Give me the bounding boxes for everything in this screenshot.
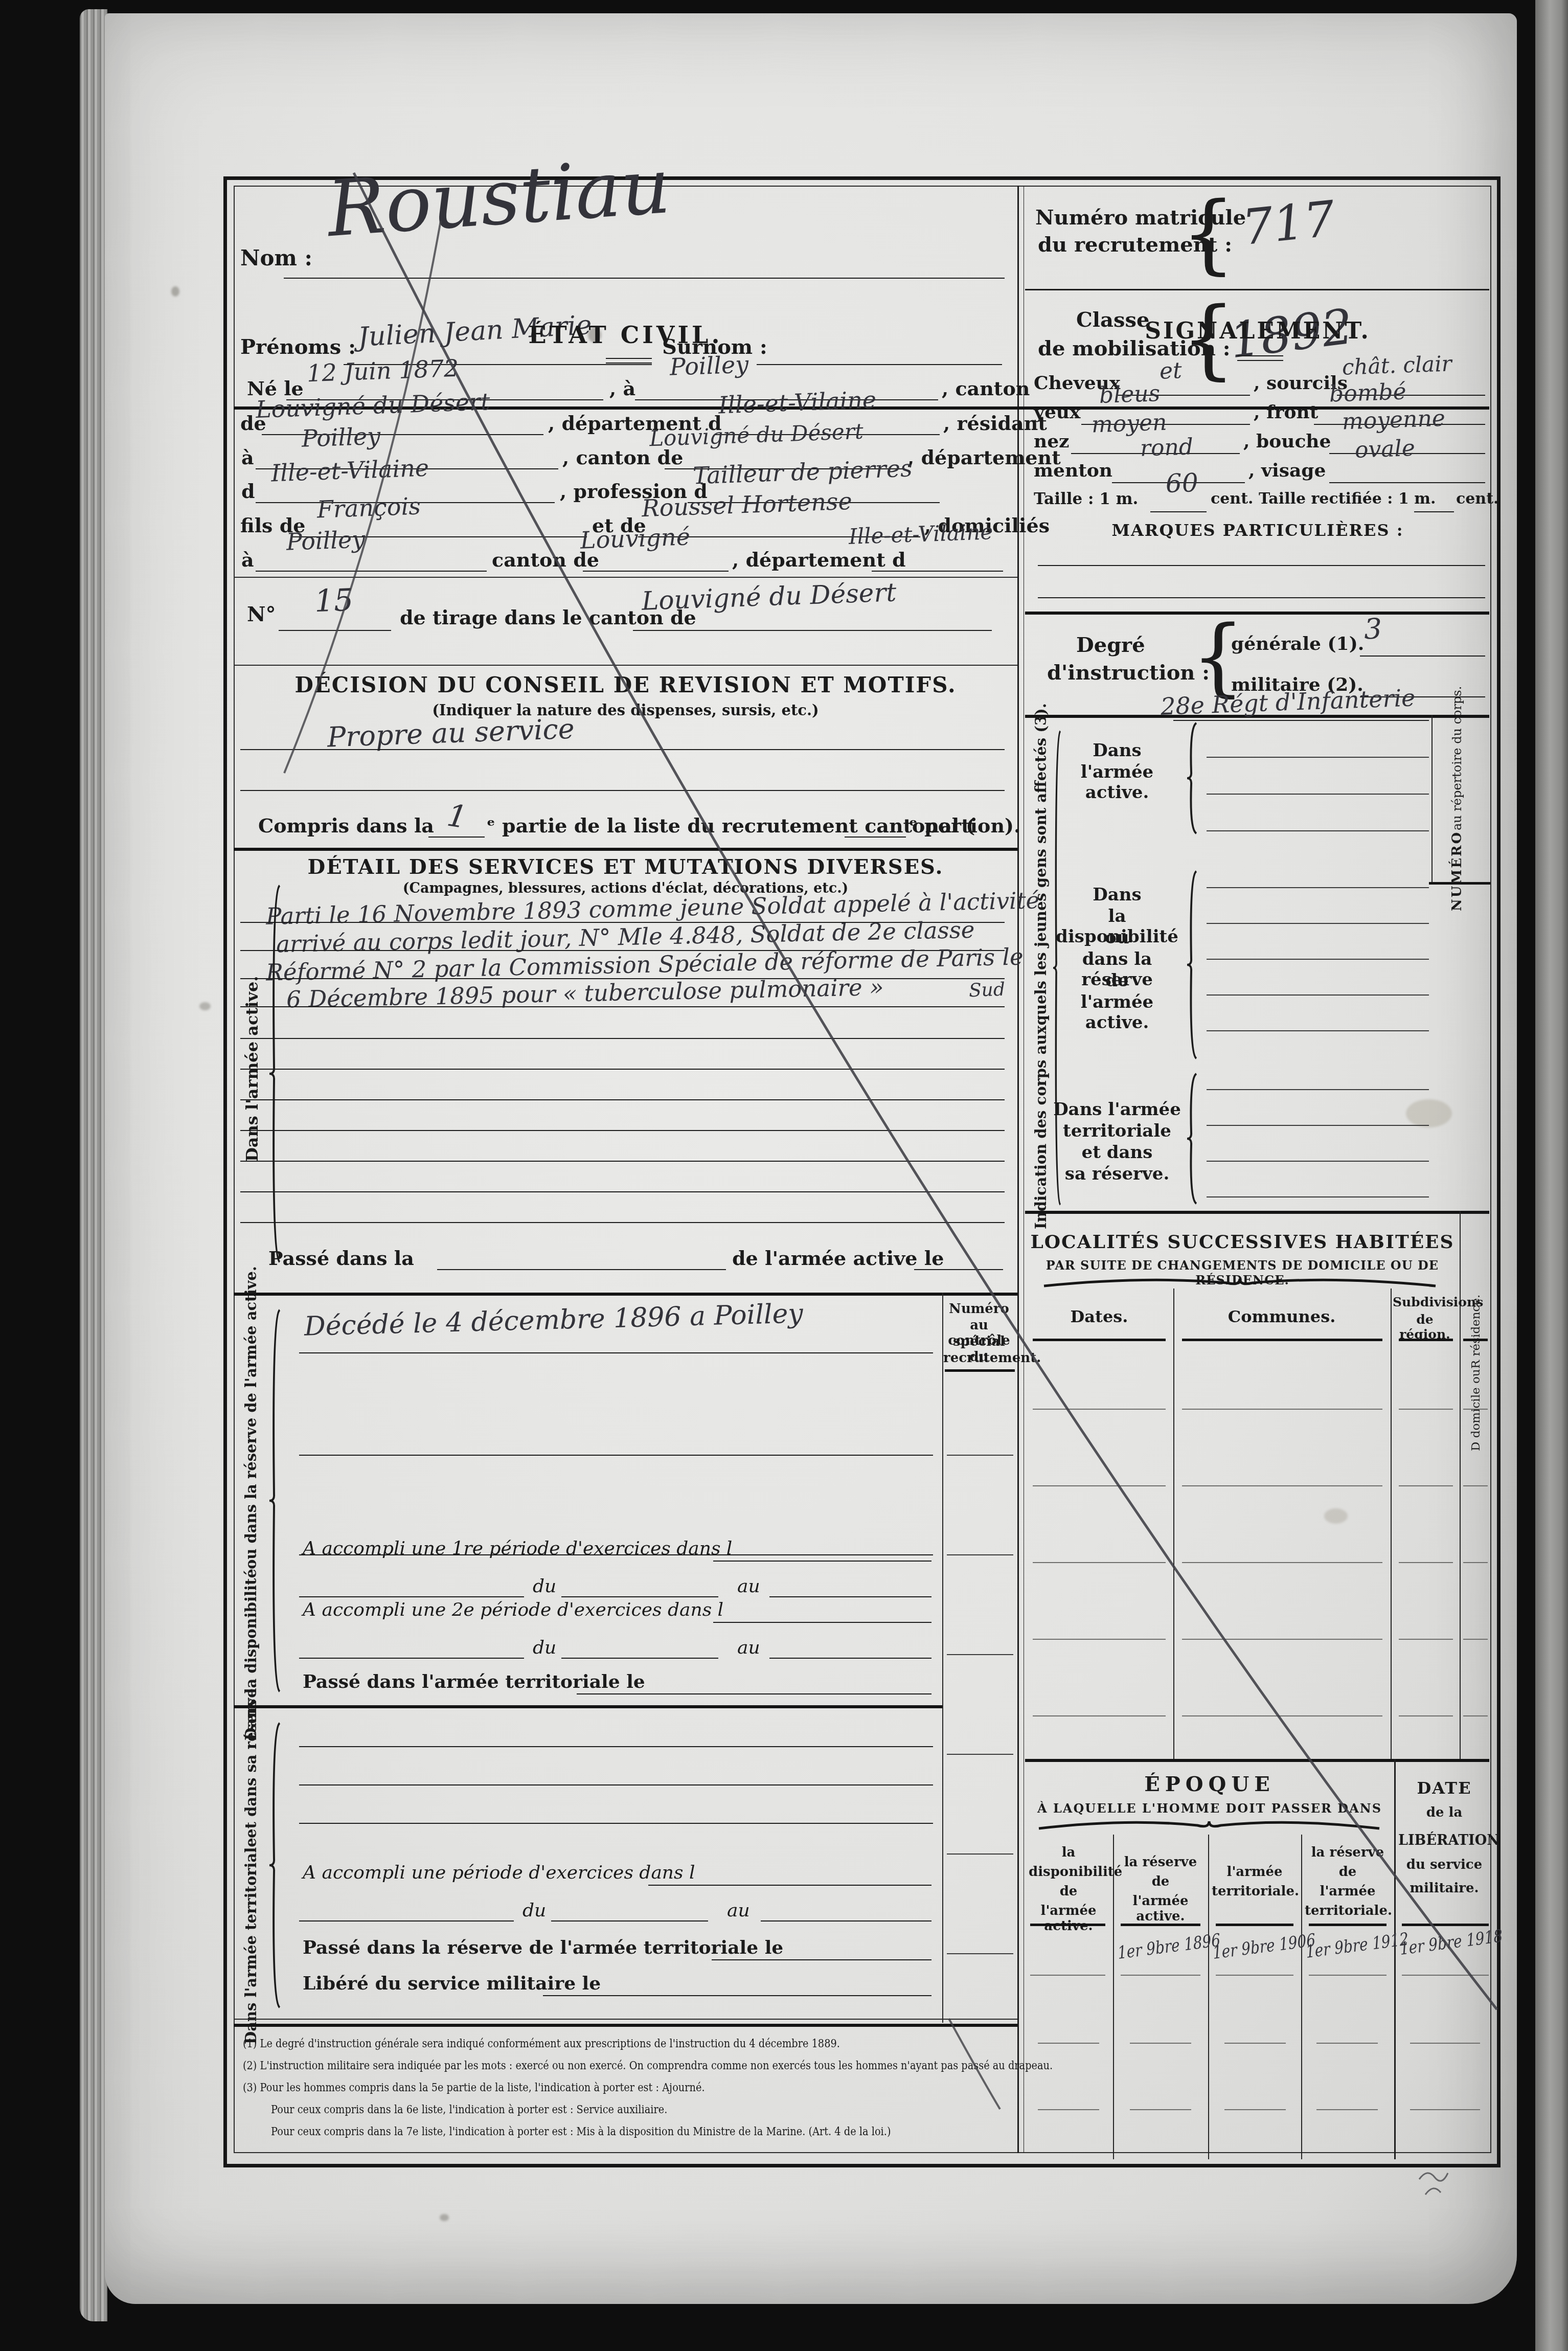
scanned-register-page: Nom : Roustiau Prénoms : Julien Jean Mar… <box>0 0 1568 2351</box>
strike-lines <box>0 0 1568 2351</box>
